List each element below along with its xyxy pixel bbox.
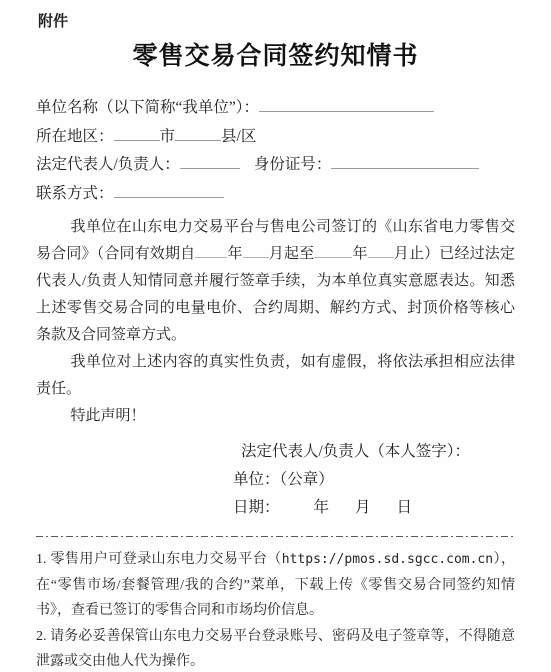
unit-name-line: 单位名称（以下简称“我单位”）： [36,94,515,123]
valid-from-year-label: 年 [227,246,242,262]
legal-rep-label: 法定代表人/负责人： [36,156,180,173]
county-blank [175,124,221,141]
spacer [371,497,397,513]
contact-blank [114,181,224,198]
valid-to-month-blank [368,242,394,258]
legal-rep-line: 法定代表人/负责人：身份证号： [36,151,515,180]
document-page: 附件 零售交易合同签约知情书 单位名称（以下简称“我单位”）： 所在地区：市县/… [0,0,551,672]
spacer [329,497,355,513]
declaration-paragraph-2: 我单位对上述内容的真实性负责，如有虚假，将依法承担相应法律责任。 [36,349,515,403]
footnote-1: 1. 零售用户可登录山东电力交易平台（https://pmos.sd.sgcc.… [36,547,515,624]
date-day-label: 日 [397,499,413,516]
date-month-label: 月 [355,499,371,516]
attachment-label: 附件 [38,12,515,32]
footnote-1-text-1: 1. 零售用户可登录山东电力交易平台（ [36,552,282,567]
cut-divider [36,536,515,537]
date-label: 日期： [233,499,280,516]
region-label: 所在地区： [36,128,114,145]
id-number-blank [331,153,479,170]
valid-from-month-label: 月起至 [269,246,315,262]
footnote-2: 2. 请务必妥善保管山东电力交易平台登录账号、密码及电子签章等，不得随意泄露或交… [36,624,515,672]
signature-block: 法定代表人/负责人（本人签字）： 单位：（公章） 日期：年月日 [233,438,515,522]
date-line: 日期：年月日 [233,494,515,522]
spacer [240,154,254,170]
unit-name-label: 单位名称（以下简称“我单位”）： [36,99,259,116]
valid-to-year-blank [314,242,352,258]
date-year-label: 年 [314,499,330,516]
sign-line: 法定代表人/负责人（本人签字）： [241,438,515,466]
declaration-closing: 特此声明！ [36,403,515,430]
region-line: 所在地区：市县/区 [36,123,515,152]
contact-line: 联系方式： [36,180,515,209]
valid-to-year-label: 年 [352,246,367,262]
valid-from-year-blank [195,242,227,258]
platform-url: https://pmos.sd.sgcc.com.cn [282,552,493,567]
legal-rep-blank [180,153,240,170]
spacer [280,497,314,513]
document-title: 零售交易合同签约知情书 [36,40,515,74]
party-info-form: 单位名称（以下简称“我单位”）： 所在地区：市县/区 法定代表人/负责人：身份证… [36,94,515,208]
county-suffix-label: 县/区 [221,128,256,145]
city-blank [114,124,160,141]
declaration-paragraph-1: 我单位在山东电力交易平台与售电公司签订的《山东省电力零售交易合同》（合同有效期自… [36,214,515,349]
valid-from-month-blank [243,242,269,258]
unit-name-blank [259,96,434,113]
id-number-label: 身份证号： [254,156,332,173]
seal-line: 单位：（公章） [233,466,515,494]
city-suffix-label: 市 [160,128,176,145]
footnotes: 1. 零售用户可登录山东电力交易平台（https://pmos.sd.sgcc.… [36,547,515,672]
contact-label: 联系方式： [36,185,114,202]
